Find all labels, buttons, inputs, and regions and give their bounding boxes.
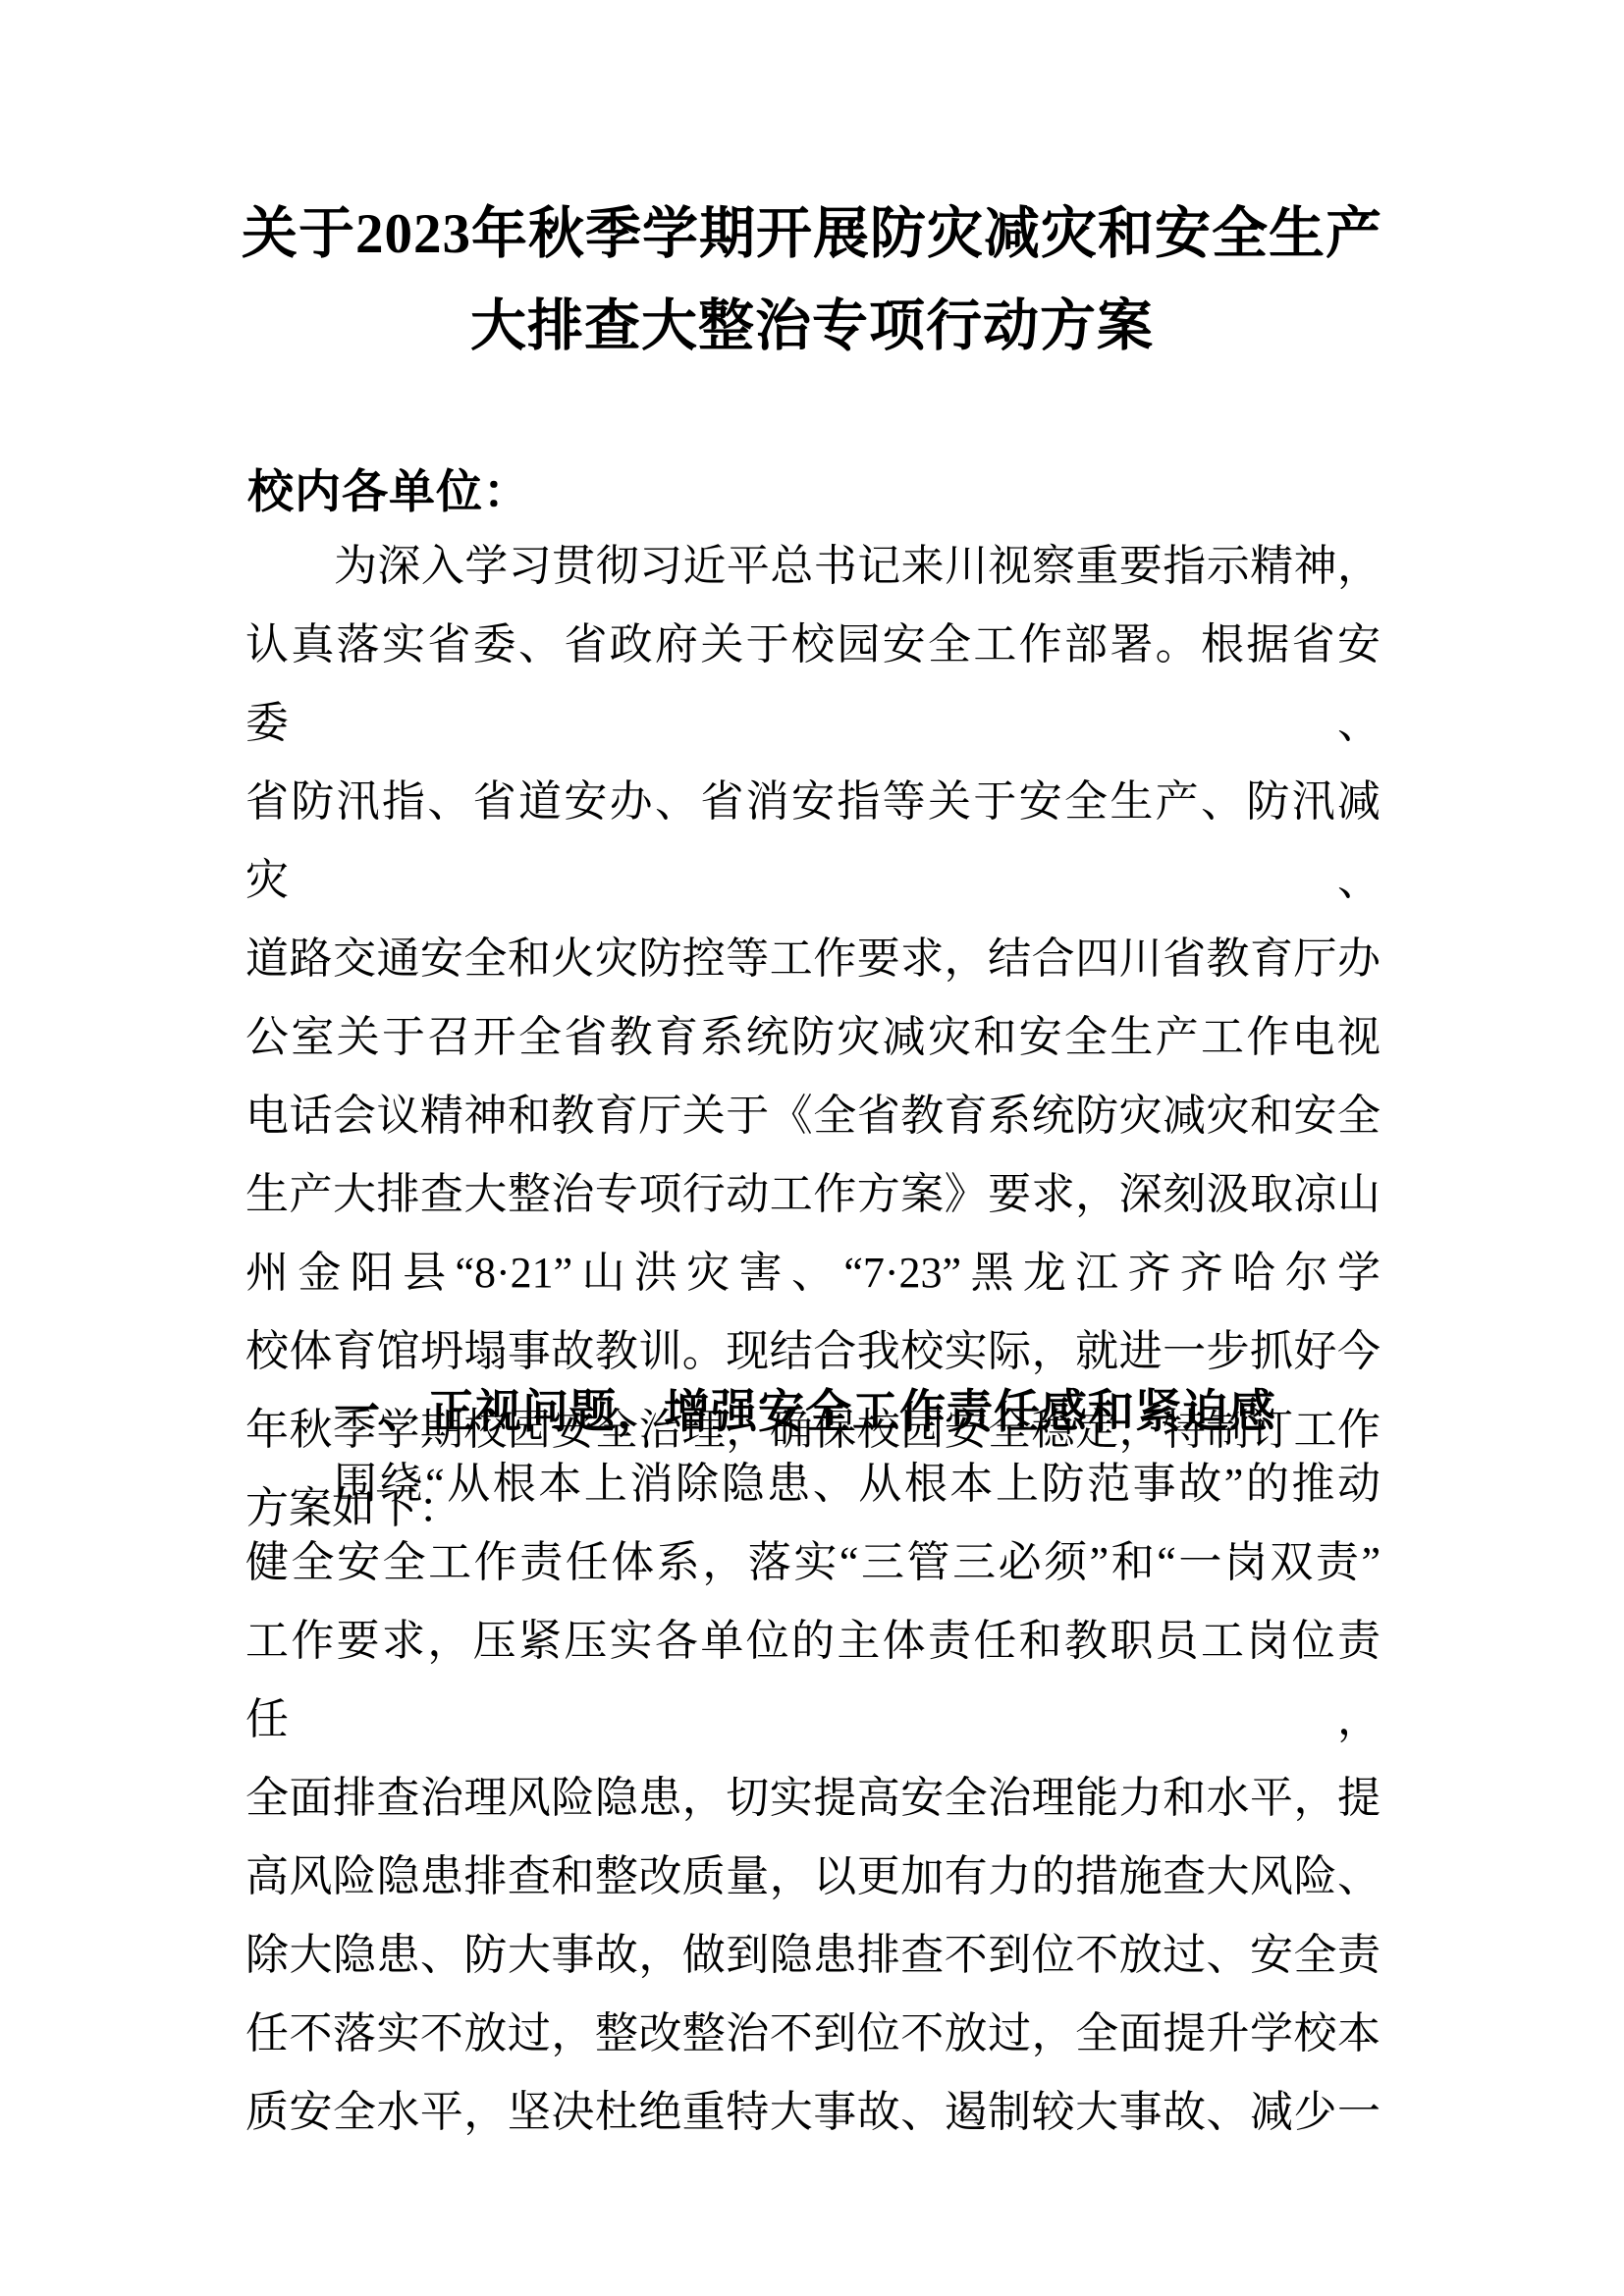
section-heading-1: 一、正视问题，增强安全工作责任感和紧迫感 [245, 1372, 1380, 1451]
paragraph-1-line-2: 认真落实省委、省政府关于校园安全工作部署。根据省安委、 [245, 606, 1380, 763]
paragraph-1-line-4: 道路交通安全和火灾防控等工作要求，结合四川省教育厅办 [245, 920, 1380, 998]
document-title: 关于2023年秋季学期开展防灾减灾和安全生产 大排查大整治专项行动方案 [0, 188, 1624, 373]
document-title-line-1: 关于2023年秋季学期开展防灾减灾和安全生产 [0, 188, 1624, 281]
paragraph-2-line-8: 质安全水平，坚决杜绝重特大事故、遏制较大事故、减少一 [245, 2073, 1380, 2152]
paragraph-1-line-5: 公室关于召开全省教育系统防灾减灾和安全生产工作电视 [245, 998, 1380, 1077]
salutation: 校内各单位： [247, 463, 530, 522]
paragraph-1-line-1: 为深入学习贯彻习近平总书记来川视察重要指示精神， [245, 527, 1380, 606]
paragraph-1-line-6: 电话会议精神和教育厅关于《全省教育系统防灾减灾和安全 [245, 1077, 1380, 1155]
paragraph-2-line-4: 全面排查治理风险隐患，切实提高安全治理能力和水平，提 [245, 1759, 1380, 1838]
paragraph-2-line-6: 除大隐患、防大事故，做到隐患排查不到位不放过、安全责 [245, 1916, 1380, 1995]
paragraph-2-line-5: 高风险隐患排查和整改质量，以更加有力的措施查大风险、 [245, 1838, 1380, 1916]
paragraph-2: 围绕“从根本上消除隐患、从根本上防范事故”的推动 健全安全工作责任体系，落实“三… [245, 1445, 1380, 2152]
paragraph-2-line-3: 工作要求，压紧压实各单位的主体责任和教职员工岗位责任， [245, 1602, 1380, 1759]
paragraph-2-line-2: 健全安全工作责任体系，落实“三管三必须”和“一岗双责” [245, 1523, 1380, 1602]
paragraph-1-line-3: 省防汛指、省道安办、省消安指等关于安全生产、防汛减灾、 [245, 763, 1380, 920]
document-page: 关于2023年秋季学期开展防灾减灾和安全生产 大排查大整治专项行动方案 校内各单… [0, 0, 1624, 2296]
paragraph-1-line-7: 生产大排查大整治专项行动工作方案》要求，深刻汲取凉山 [245, 1155, 1380, 1234]
paragraph-2-line-7: 任不落实不放过，整改整治不到位不放过，全面提升学校本 [245, 1995, 1380, 2073]
paragraph-2-line-1: 围绕“从根本上消除隐患、从根本上防范事故”的推动 [245, 1445, 1380, 1523]
document-title-line-2: 大排查大整治专项行动方案 [0, 281, 1624, 373]
paragraph-1-line-8: 州金阳县“8·21”山洪灾害、“7·23”黑龙江齐齐哈尔学 [245, 1234, 1380, 1312]
